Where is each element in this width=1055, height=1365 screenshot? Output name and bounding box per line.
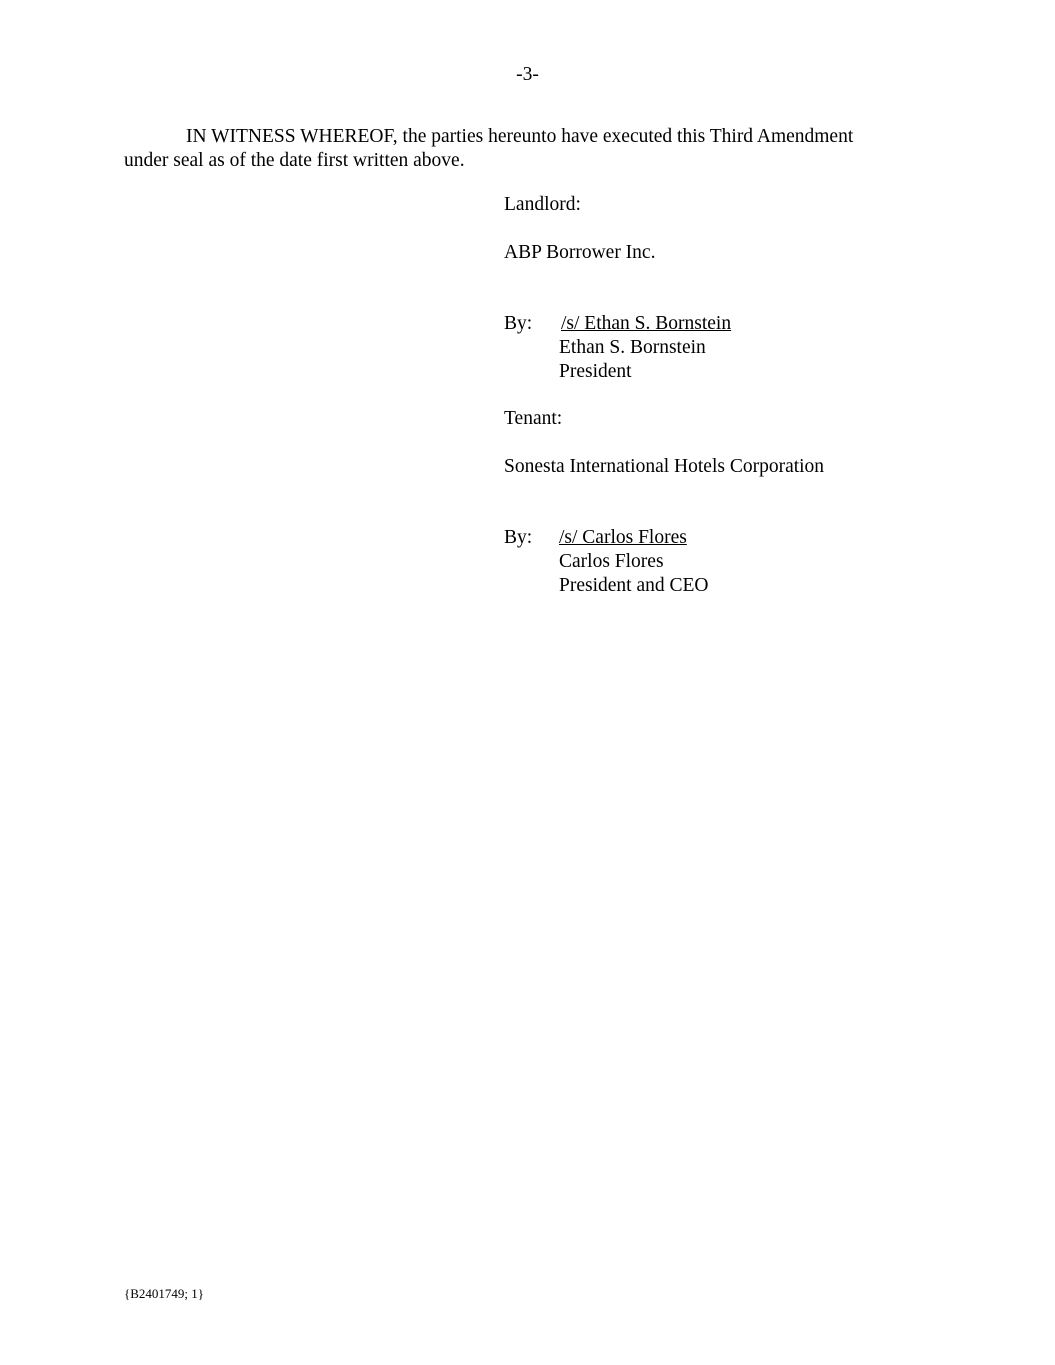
witness-paragraph-line-2: under seal as of the date first written … — [124, 149, 465, 173]
landlord-entity: ABP Borrower Inc. — [504, 241, 655, 265]
tenant-signature: /s/ Carlos Flores — [559, 526, 687, 550]
landlord-label: Landlord: — [504, 193, 581, 217]
tenant-by-label: By: — [504, 526, 532, 550]
tenant-signer-name: Carlos Flores — [559, 550, 664, 574]
landlord-by-label: By: — [504, 312, 532, 336]
tenant-entity: Sonesta International Hotels Corporation — [504, 455, 824, 479]
tenant-label: Tenant: — [504, 407, 562, 431]
witness-paragraph-line-1: IN WITNESS WHEREOF, the parties hereunto… — [186, 125, 853, 149]
landlord-signature: /s/ Ethan S. Bornstein — [561, 312, 731, 336]
tenant-signer-title: President and CEO — [559, 574, 708, 598]
landlord-signer-title: President — [559, 360, 632, 384]
landlord-signer-name: Ethan S. Bornstein — [559, 336, 706, 360]
document-id-footer: {B2401749; 1} — [124, 1286, 204, 1302]
tenant-signature-block: By: /s/ Carlos Flores Carlos Flores Pres… — [504, 526, 804, 598]
page-number: -3- — [0, 63, 1055, 87]
landlord-signature-block: By: /s/ Ethan S. Bornstein Ethan S. Born… — [504, 312, 804, 384]
